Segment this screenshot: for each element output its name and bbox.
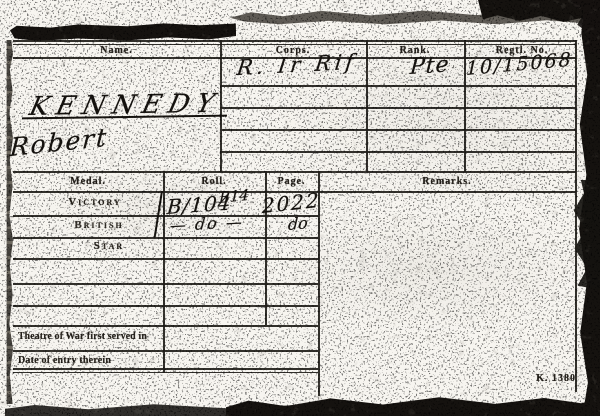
name-column-header: Name. (13, 45, 220, 56)
theatre-of-war-label: Theatre of War first served in (18, 331, 147, 342)
date-of-entry-label: Date of entry therein (18, 355, 111, 366)
rank-value-handwriting: Pte (409, 52, 450, 80)
medal-row-line-7 (13, 350, 318, 352)
top-row-line-4 (220, 151, 576, 153)
medal-row-line-6 (13, 325, 318, 327)
medal-index-card-scan: Name. Corps. Rank. Regtl. No. R. Ir Rif … (0, 0, 600, 416)
scan-left-edge-strip (5, 40, 13, 404)
british-page-ditto-handwriting: do (287, 213, 308, 234)
remarks-column-header: Remarks. (318, 176, 576, 187)
medal-row-line-5 (13, 305, 318, 307)
medal-row-line-2 (13, 237, 318, 239)
forename-handwriting: Robert (9, 122, 109, 162)
scan-blob-right-mid (568, 180, 600, 290)
victory-roll-sup-handwriting: B14 (219, 186, 250, 207)
divider-corps-rank (366, 40, 368, 172)
page-column-header: Page. (265, 176, 318, 187)
medal-row-star-label: Star (34, 240, 184, 252)
medal-column-header: Medal. (13, 176, 163, 187)
medal-bottom-line-inner (13, 372, 318, 373)
top-row-line-2 (220, 107, 576, 109)
top-row-line-1 (220, 85, 576, 87)
divider-name-corps (220, 40, 222, 172)
medal-row-line-4 (13, 283, 318, 285)
medal-row-victory-label: Victory (20, 196, 170, 208)
top-row-line-3 (220, 129, 576, 131)
victory-page-handwriting: 2022 (262, 188, 321, 218)
medal-row-line-3 (13, 258, 318, 260)
scan-band-bottom-right-thick (226, 394, 600, 416)
scan-band-top-left (10, 22, 236, 42)
roll-column-header: Roll. (163, 176, 265, 187)
corps-value-handwriting: R. Ir Rif (236, 50, 359, 80)
medal-row-british-label: British (24, 219, 174, 231)
card-right-border (575, 40, 577, 392)
section-separator-line (13, 171, 576, 173)
form-number: K. 1380 (516, 373, 576, 384)
card-top-border-outer (13, 40, 576, 42)
british-roll-ditto-handwriting: — do — (169, 212, 245, 235)
medal-bottom-line-outer (13, 368, 318, 370)
